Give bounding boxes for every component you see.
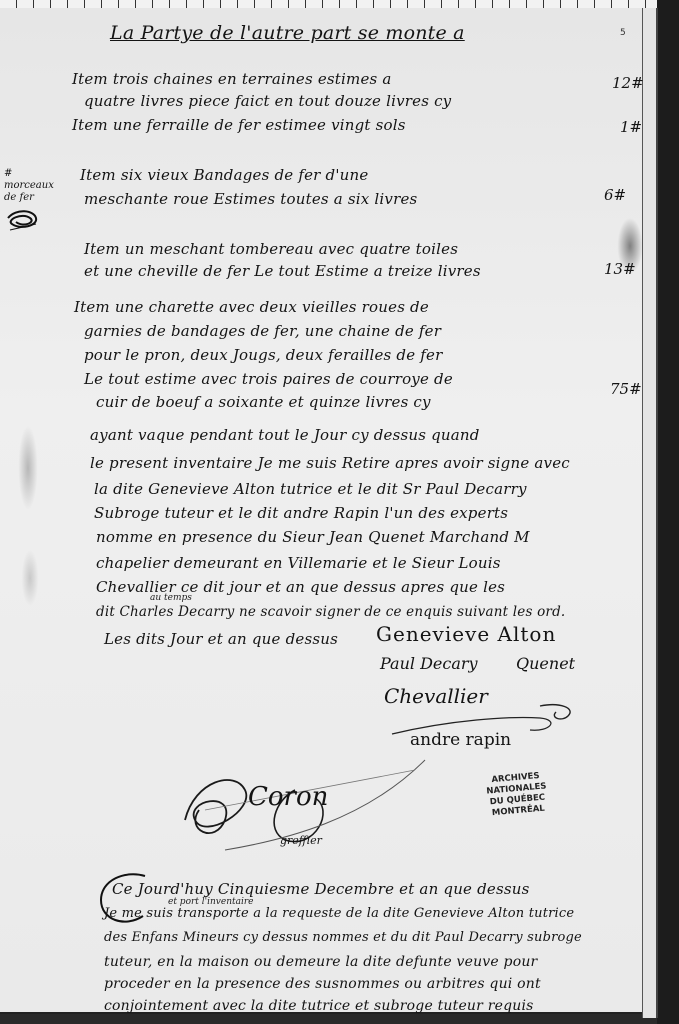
- closing-line-4: Subroge tuteur et le dit andre Rapin l'u…: [94, 504, 508, 522]
- margin-note-text: morceaux de fer: [4, 180, 64, 204]
- item-3-line-2: meschante roue Estimes toutes a six livr…: [84, 190, 417, 208]
- scan-background: [657, 0, 679, 1024]
- page-number: 5: [620, 28, 626, 38]
- item-5-amount: 75#: [610, 380, 642, 398]
- entry2-line-3: des Enfans Mineurs cy dessus nommes et d…: [104, 930, 582, 945]
- signature-greffier: greffier: [280, 834, 322, 847]
- closing-line-1: ayant vaque pendant tout le Jour cy dess…: [90, 426, 480, 444]
- item-4-line-2: et une cheville de fer Le tout Estime a …: [84, 262, 481, 280]
- entry2-line-5: proceder en la presence des susnommes ou…: [104, 976, 541, 992]
- item-1-line-2: quatre livres piece faict en tout douze …: [84, 92, 451, 110]
- item-2-amount: 1#: [620, 118, 642, 136]
- closing-line-3: la dite Genevieve Alton tutrice et le di…: [94, 480, 527, 498]
- item-3-line-1: Item six vieux Bandages de fer d'une: [80, 166, 368, 184]
- margin-scribble-icon: [6, 204, 42, 234]
- manuscript-page: 5 La Partye de l'autre part se monte a #…: [0, 8, 642, 1014]
- closing-line-2: le present inventaire Je me suis Retire …: [90, 454, 570, 472]
- interlinear-insert: au temps: [150, 593, 192, 603]
- item-2-line-1: Item une ferraille de fer estimee vingt …: [72, 116, 406, 134]
- closing-line-6: chapelier demeurant en Villemarie et le …: [96, 554, 501, 572]
- entry2-line-6: conjointement avec la dite tutrice et su…: [104, 998, 534, 1014]
- item-1-amount: 12#: [612, 74, 644, 92]
- margin-note: # morceaux de fer: [4, 168, 64, 204]
- item-5-line-2: garnies de bandages de fer, une chaine d…: [84, 322, 441, 340]
- signature-alton: Genevieve Alton: [376, 622, 556, 646]
- item-5-line-3: pour le pron, deux Jougs, deux ferailles…: [84, 346, 442, 364]
- archive-stamp: ARCHIVES NATIONALES DU QUÉBEC MONTRÉAL: [460, 768, 573, 821]
- item-5-line-1: Item une charette avec deux vieilles rou…: [74, 298, 429, 316]
- entry2-line-4: tuteur, en la maison ou demeure la dite …: [104, 954, 537, 970]
- closing-line-8: dit Charles Decarry ne scavoir signer de…: [96, 604, 565, 620]
- item-4-line-1: Item un meschant tombereau avec quatre t…: [84, 240, 458, 258]
- signature-notary: Coron: [248, 782, 328, 812]
- closing-line-5: nomme en presence du Sieur Jean Quenet M…: [96, 528, 530, 546]
- page-edge: [642, 8, 658, 1018]
- signature-rapin: andre rapin: [410, 730, 511, 750]
- page-heading: La Partye de l'autre part se monte a: [110, 22, 465, 44]
- margin-note-symbol: #: [4, 168, 64, 180]
- entry2-line-1: Ce Jourd'huy Cinquiesme Decembre et an q…: [112, 880, 530, 898]
- item-4-amount: 13#: [604, 260, 636, 278]
- signature-quenet: Quenet: [516, 654, 575, 673]
- item-1-line-1: Item trois chaines en terraines estimes …: [72, 70, 392, 88]
- entry2-line-2: Je me suis transporte a la requeste de l…: [104, 906, 574, 921]
- item-5-line-5: cuir de boeuf a soixante et quinze livre…: [96, 393, 431, 411]
- item-5-line-4: Le tout estime avec trois paires de cour…: [84, 370, 453, 388]
- signature-decary: Paul Decary: [380, 654, 478, 673]
- item-3-amount: 6#: [604, 186, 626, 204]
- closing-line-9: Les dits Jour et an que dessus: [104, 630, 338, 648]
